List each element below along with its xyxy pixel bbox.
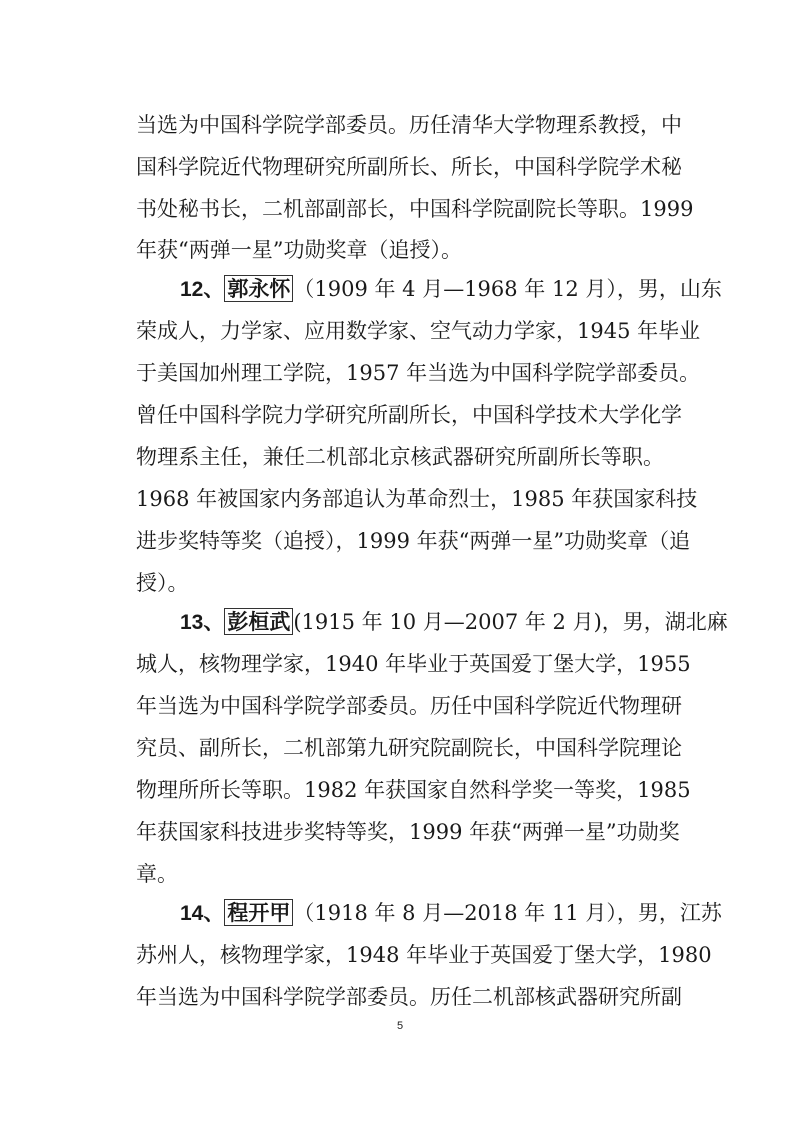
text-line: 年当选为中国科学院学部委员。历任中国科学院近代物理研 [136,691,664,721]
text-line: 于美国加州理工学院，1957 年当选为中国科学院学部委员。 [136,358,664,388]
text-line: 书处秘书长，二机部副部长，中国科学院副院长等职。1999 [136,194,664,224]
document-page: 当选为中国科学院学部委员。历任清华大学物理系教授，中 国科学院近代物理研究所副所… [0,0,799,1129]
text-line: 当选为中国科学院学部委员。历任清华大学物理系教授，中 [136,110,664,140]
entry-heading-14: 14、程开甲（1918 年 8 月—2018 年 11 月），男，江苏 [180,898,664,928]
text-line: 进步奖特等奖（追授），1999 年获“两弹一星”功勋奖章（追 [136,526,664,556]
text-line: 年获国家科技进步奖特等奖，1999 年获“两弹一星”功勋奖 [136,817,664,847]
text-line: 章。 [136,859,664,889]
entry-number: 14、 [180,902,224,925]
entry-heading-12: 12、郭永怀（1909 年 4 月—1968 年 12 月），男，山东 [180,274,664,304]
entry-dates: （1909 年 4 月—1968 年 12 月），男，山东 [293,277,722,301]
entry-dates: （1918 年 8 月—2018 年 11 月），男，江苏 [293,901,722,925]
text-line: 物理所所长等职。1982 年获国家自然科学奖一等奖，1985 [136,775,664,805]
text-line: 1968 年被国家内务部追认为革命烈士，1985 年获国家科技 [136,484,664,514]
entry-dates: (1915 年 10 月—2007 年 2 月)，男，湖北麻 [293,610,727,634]
text-line: 城人，核物理学家，1940 年毕业于英国爱丁堡大学，1955 [136,649,664,679]
boxed-name: 彭桓武 [224,608,293,635]
text-line: 国科学院近代物理研究所副所长、所长，中国科学院学术秘 [136,152,664,182]
text-line: 苏州人，核物理学家，1948 年毕业于英国爱丁堡大学，1980 [136,940,664,970]
text-line: 荣成人，力学家、应用数学家、空气动力学家，1945 年毕业 [136,316,664,346]
entry-number: 13、 [180,611,224,634]
entry-heading-13: 13、彭桓武(1915 年 10 月—2007 年 2 月)，男，湖北麻 [180,607,664,637]
text-line: 曾任中国科学院力学研究所副所长，中国科学技术大学化学 [136,400,664,430]
boxed-name: 程开甲 [224,899,293,926]
text-line: 物理系主任，兼任二机部北京核武器研究所副所长等职。 [136,442,664,472]
page-number: 5 [392,1020,408,1032]
entry-number: 12、 [180,278,224,301]
boxed-name: 郭永怀 [224,275,293,302]
text-line: 究员、副所长，二机部第九研究院副院长，中国科学院理论 [136,733,664,763]
text-line: 年获“两弹一星”功勋奖章（追授）。 [136,235,664,265]
text-line: 年当选为中国科学院学部委员。历任二机部核武器研究所副 [136,982,664,1012]
text-line: 授）。 [136,568,664,598]
